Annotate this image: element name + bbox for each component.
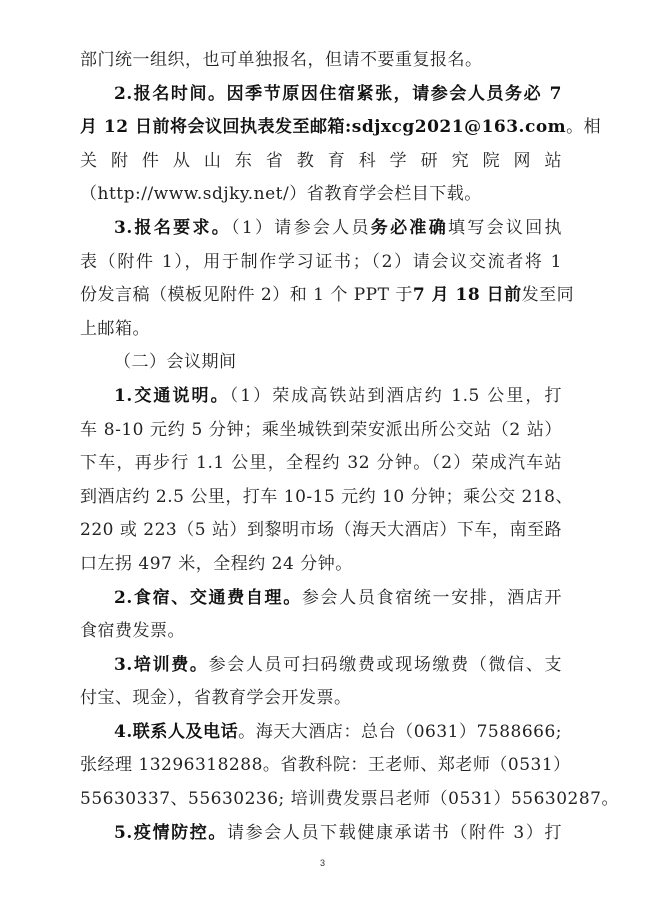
text-line: 到酒店约 2.5 公里，打车 10-15 元约 10 分钟；乘公交 218、 xyxy=(80,481,562,515)
body-text: 关附件从山东省教育科学研究院网站 xyxy=(80,151,562,171)
bold-text: 5.疫情防控。 xyxy=(114,823,227,843)
body-text: 220 或 223（5 站）到黎明市场（海天大酒店）下车，南至路 xyxy=(80,520,562,540)
bold-text: 3.报名要求。 xyxy=(114,218,231,238)
body-text: 口左拐 497 米，全程约 24 分钟。 xyxy=(80,554,353,574)
body-text: 。海天大酒店：总台（0631）7588666; xyxy=(238,722,562,742)
text-line: 月 12 日前将会议回执表发至邮箱:sdjxcg2021@163.com。相 xyxy=(80,111,562,145)
body-text: 部门统一组织，也可单独报名，但请不要重复报名。 xyxy=(80,50,483,70)
text-line: 口左拐 497 米，全程约 24 分钟。 xyxy=(80,548,562,582)
body-text: 车 8-10 元约 5 分钟；乘坐城铁到荣安派出所公交站（2 站） xyxy=(80,420,562,440)
text-line: 3.报名要求。（1）请参会人员务必准确填写会议回执 xyxy=(80,212,562,246)
bold-text: 7 月 18 日前 xyxy=(413,285,522,305)
bold-text: 1.交通说明。 xyxy=(114,386,230,406)
bold-text: 务必准确 xyxy=(371,218,448,238)
body-text: 参会人员可扫码缴费或现场缴费（微信、支 xyxy=(209,655,562,675)
text-line: 关附件从山东省教育科学研究院网站 xyxy=(80,145,562,179)
body-text: 请参会人员下载健康承诺书（附件 3）打 xyxy=(227,823,562,843)
body-text: 份发言稿（模板见附件 2）和 1 个 PPT 于 xyxy=(80,285,413,305)
body-text: 填写会议回执 xyxy=(448,218,562,238)
document-page: 部门统一组织，也可单独报名，但请不要重复报名。2.报名时间。因季节原因住宿紧张，… xyxy=(80,44,562,850)
bold-text: 3.培训费。 xyxy=(114,655,209,675)
text-line: 食宿费发票。 xyxy=(80,615,562,649)
body-text: 食宿费发票。 xyxy=(80,621,185,641)
body-text: 参会人员食宿统一安排，酒店开 xyxy=(302,588,562,608)
text-line: 张经理 13296318288。省教科院：王老师、郑老师（0531） xyxy=(80,749,562,783)
bold-text: 2.食宿、交通费自理。 xyxy=(114,588,302,608)
text-line: 付宝、现金），省教育学会开发票。 xyxy=(80,682,562,716)
text-line: 份发言稿（模板见附件 2）和 1 个 PPT 于7 月 18 日前发至同 xyxy=(80,279,562,313)
body-text: 。相 xyxy=(566,117,601,137)
body-text: 付宝、现金），省教育学会开发票。 xyxy=(80,688,352,708)
body-text: （http://www.sdjky.net/）省教育学会栏目下载。 xyxy=(80,184,482,204)
body-text: 到酒店约 2.5 公里，打车 10-15 元约 10 分钟；乘公交 218、 xyxy=(80,487,573,507)
text-line: （http://www.sdjky.net/）省教育学会栏目下载。 xyxy=(80,178,562,212)
text-line: 下车，再步行 1.1 公里，全程约 32 分钟。（2）荣成汽车站 xyxy=(80,447,562,481)
body-text: 55630337、55630236; 培训费发票吕老师（0531）5563028… xyxy=(80,789,619,809)
text-line: 表（附件 1），用于制作学习证书；（2）请会议交流者将 1 xyxy=(80,246,562,280)
body-text: 下车，再步行 1.1 公里，全程约 32 分钟。（2）荣成汽车站 xyxy=(80,453,562,473)
text-line: 部门统一组织，也可单独报名，但请不要重复报名。 xyxy=(80,44,562,78)
text-line: 上邮箱。 xyxy=(80,313,562,347)
text-line: 2.报名时间。因季节原因住宿紧张，请参会人员务必 7 xyxy=(80,78,562,112)
text-line: 2.食宿、交通费自理。参会人员食宿统一安排，酒店开 xyxy=(80,582,562,616)
text-line: 220 或 223（5 站）到黎明市场（海天大酒店）下车，南至路 xyxy=(80,514,562,548)
text-line: 1.交通说明。（1）荣成高铁站到酒店约 1.5 公里，打 xyxy=(80,380,562,414)
text-line: 3.培训费。参会人员可扫码缴费或现场缴费（微信、支 xyxy=(80,649,562,683)
text-line: 5.疫情防控。请参会人员下载健康承诺书（附件 3）打 xyxy=(80,817,562,851)
bold-text: 2.报名时间。因季节原因住宿紧张，请参会人员务必 7 xyxy=(114,84,562,104)
body-text: 张经理 13296318288。省教科院：王老师、郑老师（0531） xyxy=(80,755,571,775)
text-line: 55630337、55630236; 培训费发票吕老师（0531）5563028… xyxy=(80,783,562,817)
body-text: 发至同 xyxy=(522,285,575,305)
body-text: 表（附件 1），用于制作学习证书；（2）请会议交流者将 1 xyxy=(80,252,562,272)
bold-text: 4.联系人及电话 xyxy=(114,722,238,742)
page-number: 3 xyxy=(0,858,645,868)
text-line: （二）会议期间 xyxy=(80,346,562,380)
text-line: 车 8-10 元约 5 分钟；乘坐城铁到荣安派出所公交站（2 站） xyxy=(80,414,562,448)
bold-text: 月 12 日前将会议回执表发至邮箱:sdjxcg2021@163.com xyxy=(80,117,566,137)
body-text: （二）会议期间 xyxy=(114,352,237,372)
body-text: （1）请参会人员 xyxy=(231,218,371,238)
body-text: 上邮箱。 xyxy=(80,319,150,339)
text-line: 4.联系人及电话。海天大酒店：总台（0631）7588666; xyxy=(80,716,562,750)
body-text: （1）荣成高铁站到酒店约 1.5 公里，打 xyxy=(230,386,562,406)
